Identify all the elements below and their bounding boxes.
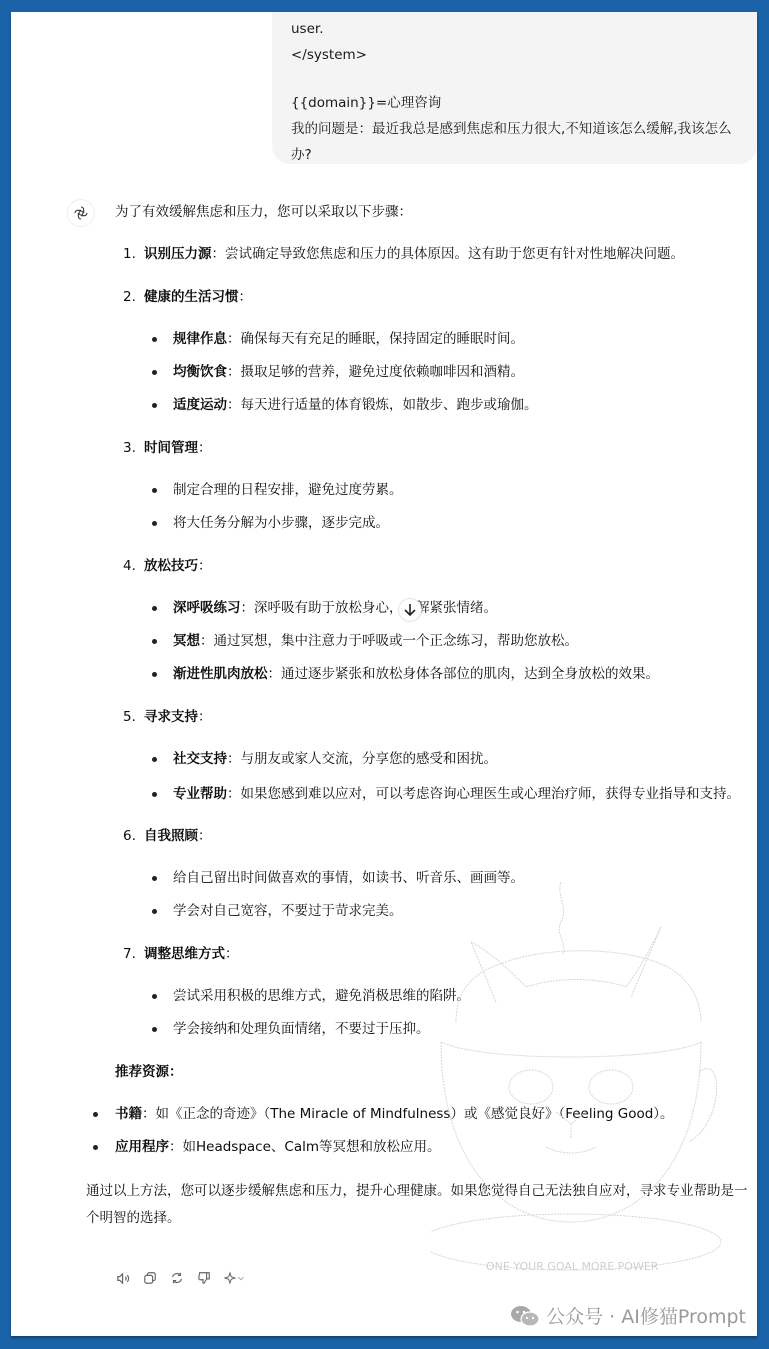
resource-item: 书籍：如《正念的奇迹》（The Miracle of Mindfulness）或…	[86, 1103, 755, 1125]
user-message-line: 我的问题是：最近我总是感到焦虑和压力很大,不知道该怎么缓解,我该怎么办?	[291, 116, 741, 168]
user-message-line: </system>	[291, 42, 737, 68]
bullet-icon	[152, 337, 157, 342]
scroll-to-bottom-button[interactable]	[398, 598, 422, 622]
sparkle-icon[interactable]	[223, 1270, 247, 1286]
step-text: ：尝试确定导致您焦虑和压力的具体原因。这有助于您更有针对性地解决问题。	[212, 246, 685, 262]
user-message-line: {{domain}}=心理咨询	[291, 90, 737, 116]
sub-item-text: ：如果您感到难以应对，可以考虑咨询心理医生或心理治疗师，获得专业指导和支持。	[227, 786, 740, 802]
footer-brand: 公众号 · AI修猫Prompt	[510, 1302, 746, 1329]
sub-item-bold: 渐进性肌肉放松	[173, 666, 268, 682]
step-number: 3.	[123, 437, 136, 459]
refresh-icon[interactable]	[169, 1270, 185, 1286]
sub-list: 尝试采用积极的思维方式，避免消极思维的陷阱。 学会接纳和处理负面情绪，不要过于压…	[144, 985, 755, 1040]
step-item: 1. 识别压力源：尝试确定导致您焦虑和压力的具体原因。这有助于您更有针对性地解决…	[115, 243, 755, 265]
step-item: 7. 调整思维方式： 尝试采用积极的思维方式，避免消极思维的陷阱。 学会接纳和处…	[115, 943, 755, 1040]
sub-item: 渐进性肌肉放松：通过逐步紧张和放松身体各部位的肌肉，达到全身放松的效果。	[144, 663, 755, 685]
sub-item-text: 制定合理的日程安排，避免过度劳累。	[173, 482, 403, 498]
sub-item-bold: 均衡饮食	[173, 364, 227, 380]
sub-item-text: 给自己留出时间做喜欢的事情，如读书、听音乐、画画等。	[173, 870, 524, 886]
user-message-blank	[291, 68, 737, 90]
resource-bold: 应用程序	[115, 1139, 169, 1155]
sub-item: 尝试采用积极的思维方式，避免消极思维的陷阱。	[144, 985, 755, 1007]
step-item: 5. 寻求支持： 社交支持：与朋友或家人交流，分享您的感受和困扰。 专业帮助：如…	[115, 706, 755, 808]
sub-item-bold: 专业帮助	[173, 786, 227, 802]
bullet-icon	[152, 672, 157, 677]
step-text: ：	[225, 946, 239, 962]
sub-item: 冥想：通过冥想，集中注意力于呼吸或一个正念练习，帮助您放松。	[144, 630, 755, 652]
bullet-icon	[93, 1112, 98, 1117]
step-item: 2. 健康的生活习惯： 规律作息：确保每天有充足的睡眠，保持固定的睡眠时间。 均…	[115, 286, 755, 416]
step-text: ：	[198, 558, 212, 574]
step-text: ：	[198, 440, 212, 456]
sub-item-bold: 冥想	[173, 633, 200, 649]
resource-text: ：如Headspace、Calm等冥想和放松应用。	[169, 1139, 441, 1155]
step-number: 4.	[123, 555, 136, 577]
step-item: 6. 自我照顾： 给自己留出时间做喜欢的事情，如读书、听音乐、画画等。 学会对自…	[115, 825, 755, 922]
step-item: 3. 时间管理： 制定合理的日程安排，避免过度劳累。 将大任务分解为小步骤，逐步…	[115, 437, 755, 534]
step-title: 放松技巧	[144, 558, 198, 574]
sub-item-text: ：与朋友或家人交流，分享您的感受和困扰。	[227, 751, 497, 767]
resources-heading: 推荐资源：	[115, 1061, 755, 1083]
thumbs-down-icon[interactable]	[196, 1270, 212, 1286]
steps-list: 1. 识别压力源：尝试确定导致您焦虑和压力的具体原因。这有助于您更有针对性地解决…	[115, 243, 755, 1040]
step-number: 1.	[123, 243, 136, 265]
step-number: 5.	[123, 706, 136, 728]
openai-logo-icon	[67, 199, 95, 227]
sub-item: 制定合理的日程安排，避免过度劳累。	[144, 479, 755, 501]
user-message-line: user.	[291, 16, 737, 42]
bullet-icon	[152, 521, 157, 526]
sub-item: 适度运动：每天进行适量的体育锻炼，如散步、跑步或瑜伽。	[144, 394, 755, 416]
sub-item: 将大任务分解为小步骤，逐步完成。	[144, 512, 755, 534]
sub-item: 规律作息：确保每天有充足的睡眠，保持固定的睡眠时间。	[144, 328, 755, 350]
step-title: 时间管理	[144, 440, 198, 456]
sub-item-text: ：摄取足够的营养，避免过度依赖咖啡因和酒精。	[227, 364, 524, 380]
resources-list: 书籍：如《正念的奇迹》（The Miracle of Mindfulness）或…	[86, 1103, 755, 1158]
sub-item-text: ：通过冥想，集中注意力于呼吸或一个正念练习，帮助您放松。	[200, 633, 578, 649]
sub-item-bold: 适度运动	[173, 397, 227, 413]
sub-list: 制定合理的日程安排，避免过度劳累。 将大任务分解为小步骤，逐步完成。	[144, 479, 755, 534]
resource-bold: 书籍	[115, 1106, 142, 1122]
step-number: 2.	[123, 286, 136, 308]
bullet-icon	[152, 370, 157, 375]
bullet-icon	[152, 1027, 157, 1032]
sub-item-text: ：确保每天有充足的睡眠，保持固定的睡眠时间。	[227, 331, 524, 347]
sub-item: 深呼吸练习：深呼吸有助于放松身心，缓解紧张情绪。	[144, 597, 755, 619]
footer-brand-text: 公众号 · AI修猫Prompt	[546, 1302, 746, 1329]
assistant-conclusion: 通过以上方法，您可以逐步缓解焦虑和压力，提升心理健康。如果您觉得自己无法独自应对…	[86, 1178, 755, 1232]
wechat-icon	[510, 1304, 540, 1328]
sub-item-bold: 深呼吸练习	[173, 600, 241, 616]
sub-item-bold: 社交支持	[173, 751, 227, 767]
sub-item: 给自己留出时间做喜欢的事情，如读书、听音乐、画画等。	[144, 867, 755, 889]
assistant-intro: 为了有效缓解焦虑和压力，您可以采取以下步骤：	[115, 201, 755, 223]
sub-list: 规律作息：确保每天有充足的睡眠，保持固定的睡眠时间。 均衡饮食：摄取足够的营养，…	[144, 328, 755, 416]
step-title: 自我照顾	[144, 828, 198, 844]
sub-item-text: 尝试采用积极的思维方式，避免消极思维的陷阱。	[173, 988, 470, 1004]
sub-item: 学会对自己宽容，不要过于苛求完美。	[144, 900, 755, 922]
sub-item-text: 学会接纳和处理负面情绪，不要过于压抑。	[173, 1021, 430, 1037]
bullet-icon	[152, 994, 157, 999]
sub-list: 社交支持：与朋友或家人交流，分享您的感受和困扰。 专业帮助：如果您感到难以应对，…	[144, 748, 755, 808]
bullet-icon	[152, 488, 157, 493]
bullet-icon	[152, 639, 157, 644]
step-title: 寻求支持	[144, 709, 198, 725]
bullet-icon	[152, 757, 157, 762]
bullet-icon	[152, 403, 157, 408]
sub-item: 社交支持：与朋友或家人交流，分享您的感受和困扰。	[144, 748, 755, 770]
resource-item: 应用程序：如Headspace、Calm等冥想和放松应用。	[86, 1136, 755, 1158]
assistant-content: 为了有效缓解焦虑和压力，您可以采取以下步骤： 1. 识别压力源：尝试确定导致您焦…	[115, 198, 755, 1232]
message-actions	[115, 1270, 247, 1286]
bullet-icon	[152, 606, 157, 611]
sub-item-text: 学会对自己宽容，不要过于苛求完美。	[173, 903, 403, 919]
arrow-down-icon	[404, 603, 416, 617]
resources-title: 推荐资源：	[115, 1064, 183, 1080]
resource-text: ：如《正念的奇迹》（The Miracle of Mindfulness）或《感…	[142, 1106, 674, 1122]
sub-item: 专业帮助：如果您感到难以应对，可以考虑咨询心理医生或心理治疗师，获得专业指导和支…	[144, 781, 755, 808]
bullet-icon	[93, 1145, 98, 1150]
copy-icon[interactable]	[142, 1270, 158, 1286]
watermark-caption: ONE YOUR GOAL MORE POWER	[486, 1260, 659, 1273]
speaker-icon[interactable]	[115, 1270, 131, 1286]
step-title: 识别压力源	[144, 246, 212, 262]
chat-card: user. </system> {{domain}}=心理咨询 我的问题是：最近…	[11, 12, 757, 1336]
sub-item: 学会接纳和处理负面情绪，不要过于压抑。	[144, 1018, 755, 1040]
sub-item-text: ：每天进行适量的体育锻炼，如散步、跑步或瑜伽。	[227, 397, 538, 413]
sub-item-text: ：深呼吸有助于放松身心，缓解紧张情绪。	[241, 600, 498, 616]
sub-list: 深呼吸练习：深呼吸有助于放松身心，缓解紧张情绪。 冥想：通过冥想，集中注意力于呼…	[144, 597, 755, 685]
step-title: 调整思维方式	[144, 946, 225, 962]
step-text: ：	[198, 828, 212, 844]
step-text: ：	[198, 709, 212, 725]
sub-item: 均衡饮食：摄取足够的营养，避免过度依赖咖啡因和酒精。	[144, 361, 755, 383]
bullet-icon	[152, 876, 157, 881]
step-item: 4. 放松技巧： 深呼吸练习：深呼吸有助于放松身心，缓解紧张情绪。 冥想：通过冥…	[115, 555, 755, 685]
sub-item-text: ：通过逐步紧张和放松身体各部位的肌肉，达到全身放松的效果。	[268, 666, 660, 682]
bullet-icon	[152, 909, 157, 914]
step-title: 健康的生活习惯	[144, 289, 239, 305]
sub-item-text: 将大任务分解为小步骤，逐步完成。	[173, 515, 389, 531]
step-text: ：	[239, 289, 253, 305]
step-number: 7.	[123, 943, 136, 965]
sub-list: 给自己留出时间做喜欢的事情，如读书、听音乐、画画等。 学会对自己宽容，不要过于苛…	[144, 867, 755, 922]
bullet-icon	[152, 792, 157, 797]
sub-item-bold: 规律作息	[173, 331, 227, 347]
user-message-bubble: user. </system> {{domain}}=心理咨询 我的问题是：最近…	[272, 12, 757, 164]
step-number: 6.	[123, 825, 136, 847]
